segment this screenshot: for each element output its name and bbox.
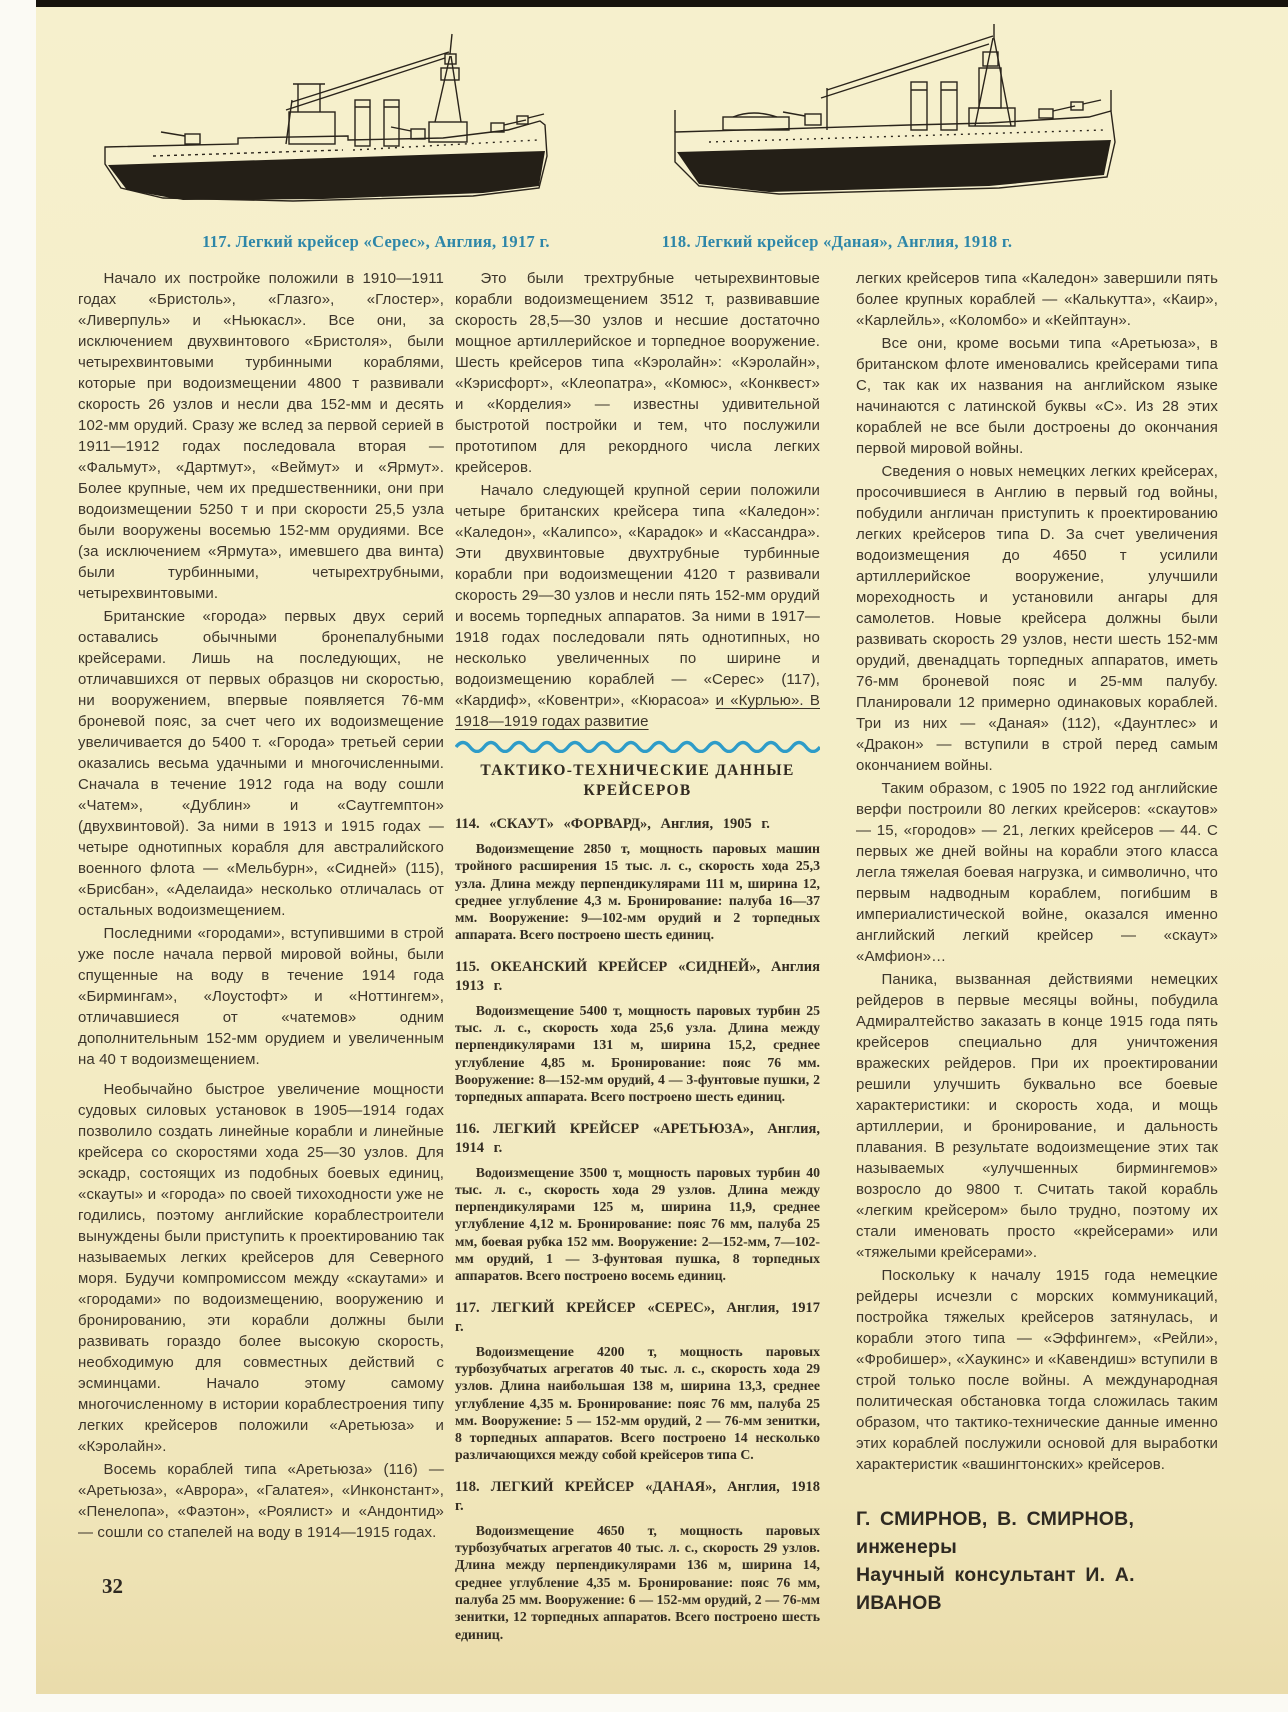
tech-entry-body: Водоизмещение 4650 т, мощность паровых т… <box>455 1522 820 1643</box>
tech-entry-heading: 115. ОКЕАНСКИЙ КРЕЙСЕР «СИДНЕЙ», Англия … <box>455 958 820 996</box>
paragraph: Начало их постройке положили в 1910—1911… <box>78 268 444 604</box>
paragraph-text: Начало следующей крупной серии положили … <box>455 482 820 709</box>
tech-entry-114: 114. «СКАУТ» «ФОРВАРД», Англия, 1905 г. … <box>455 815 820 944</box>
tech-entry-117: 117. ЛЕГКИЙ КРЕЙСЕР «СЕРЕС», Англия, 191… <box>455 1299 820 1464</box>
paragraph: Паника, вызванная действиями немецких ре… <box>856 969 1218 1263</box>
section-title: ТАКТИКО-ТЕХНИЧЕСКИЕ ДАННЫЕ КРЕЙСЕРОВ <box>455 761 820 801</box>
paragraph: Начало следующей крупной серии положили … <box>455 480 820 732</box>
paragraph: Необычайно быстрое увеличение мощности с… <box>78 1079 444 1457</box>
authors-line: Г. СМИРНОВ, В. СМИРНОВ, инженеры <box>856 1505 1218 1561</box>
figure-caption-118: 118. Легкий крейсер «Даная», Англия, 191… <box>602 232 1072 252</box>
tech-entry-heading: 114. «СКАУТ» «ФОРВАРД», Англия, 1905 г. <box>455 815 820 834</box>
section-title-line: ТАКТИКО-ТЕХНИЧЕСКИЕ ДАННЫЕ <box>455 761 820 781</box>
page-number: 32 <box>102 1574 123 1599</box>
paragraph: Сведения о новых немецких легких крейсер… <box>856 461 1218 776</box>
tech-entry-116: 116. ЛЕГКИЙ КРЕЙСЕР «АРЕТЬЮЗА», Англия, … <box>455 1120 820 1285</box>
tech-entry-115: 115. ОКЕАНСКИЙ КРЕЙСЕР «СИДНЕЙ», Англия … <box>455 958 820 1106</box>
tech-entry-heading: 118. ЛЕГКИЙ КРЕЙСЕР «ДАНАЯ», Англия, 191… <box>455 1478 820 1516</box>
tech-entry-body: Водоизмещение 3500 т, мощность паровых т… <box>455 1164 820 1285</box>
tech-entry-body: Водоизмещение 5400 т, мощность паровых т… <box>455 1002 820 1106</box>
authors-line: Научный консультант И. А. ИВАНОВ <box>856 1561 1218 1617</box>
paragraph: Таким образом, с 1905 по 1922 год англий… <box>856 778 1218 967</box>
tech-entry-body: Водоизмещение 2850 т, мощность паровых м… <box>455 840 820 944</box>
ship-drawing-117-ceres <box>88 30 568 235</box>
paragraph: Восемь кораблей типа «Аретьюза» (116) — … <box>78 1459 444 1543</box>
magazine-page: 117. Легкий крейсер «Серес», Англия, 191… <box>36 0 1288 1694</box>
top-rule <box>36 0 1288 7</box>
authors-byline: Г. СМИРНОВ, В. СМИРНОВ, инженеры Научный… <box>856 1505 1218 1617</box>
tech-entry-heading: 116. ЛЕГКИЙ КРЕЙСЕР «АРЕТЬЮЗА», Англия, … <box>455 1120 820 1158</box>
column-3: легких крейсеров типа «Каледон» завершил… <box>856 268 1218 1617</box>
tech-entry-118: 118. ЛЕГКИЙ КРЕЙСЕР «ДАНАЯ», Англия, 191… <box>455 1478 820 1643</box>
figure-caption-117: 117. Легкий крейсер «Серес», Англия, 191… <box>96 232 656 252</box>
paragraph: Все они, кроме восьми типа «Аретьюза», в… <box>856 333 1218 459</box>
tech-entry-heading: 117. ЛЕГКИЙ КРЕЙСЕР «СЕРЕС», Англия, 191… <box>455 1299 820 1337</box>
ship-drawing-118-danae <box>654 22 1134 227</box>
column-2: Это были трехтрубные четырехвинтовые кор… <box>455 268 820 1655</box>
wavy-divider <box>455 739 820 753</box>
tech-entry-body: Водоизмещение 4200 т, мощность паровых т… <box>455 1343 820 1464</box>
paragraph: Поскольку к началу 1915 года немецкие ре… <box>856 1265 1218 1475</box>
paragraph: Последними «городами», вступившими в стр… <box>78 923 444 1070</box>
paragraph: легких крейсеров типа «Каледон» завершил… <box>856 268 1218 331</box>
paragraph: Британские «города» первых двух серий ос… <box>78 606 444 921</box>
column-1: Начало их постройке положили в 1910—1911… <box>78 268 444 1545</box>
section-title-line: КРЕЙСЕРОВ <box>455 781 820 801</box>
paragraph: Это были трехтрубные четырехвинтовые кор… <box>455 268 820 478</box>
